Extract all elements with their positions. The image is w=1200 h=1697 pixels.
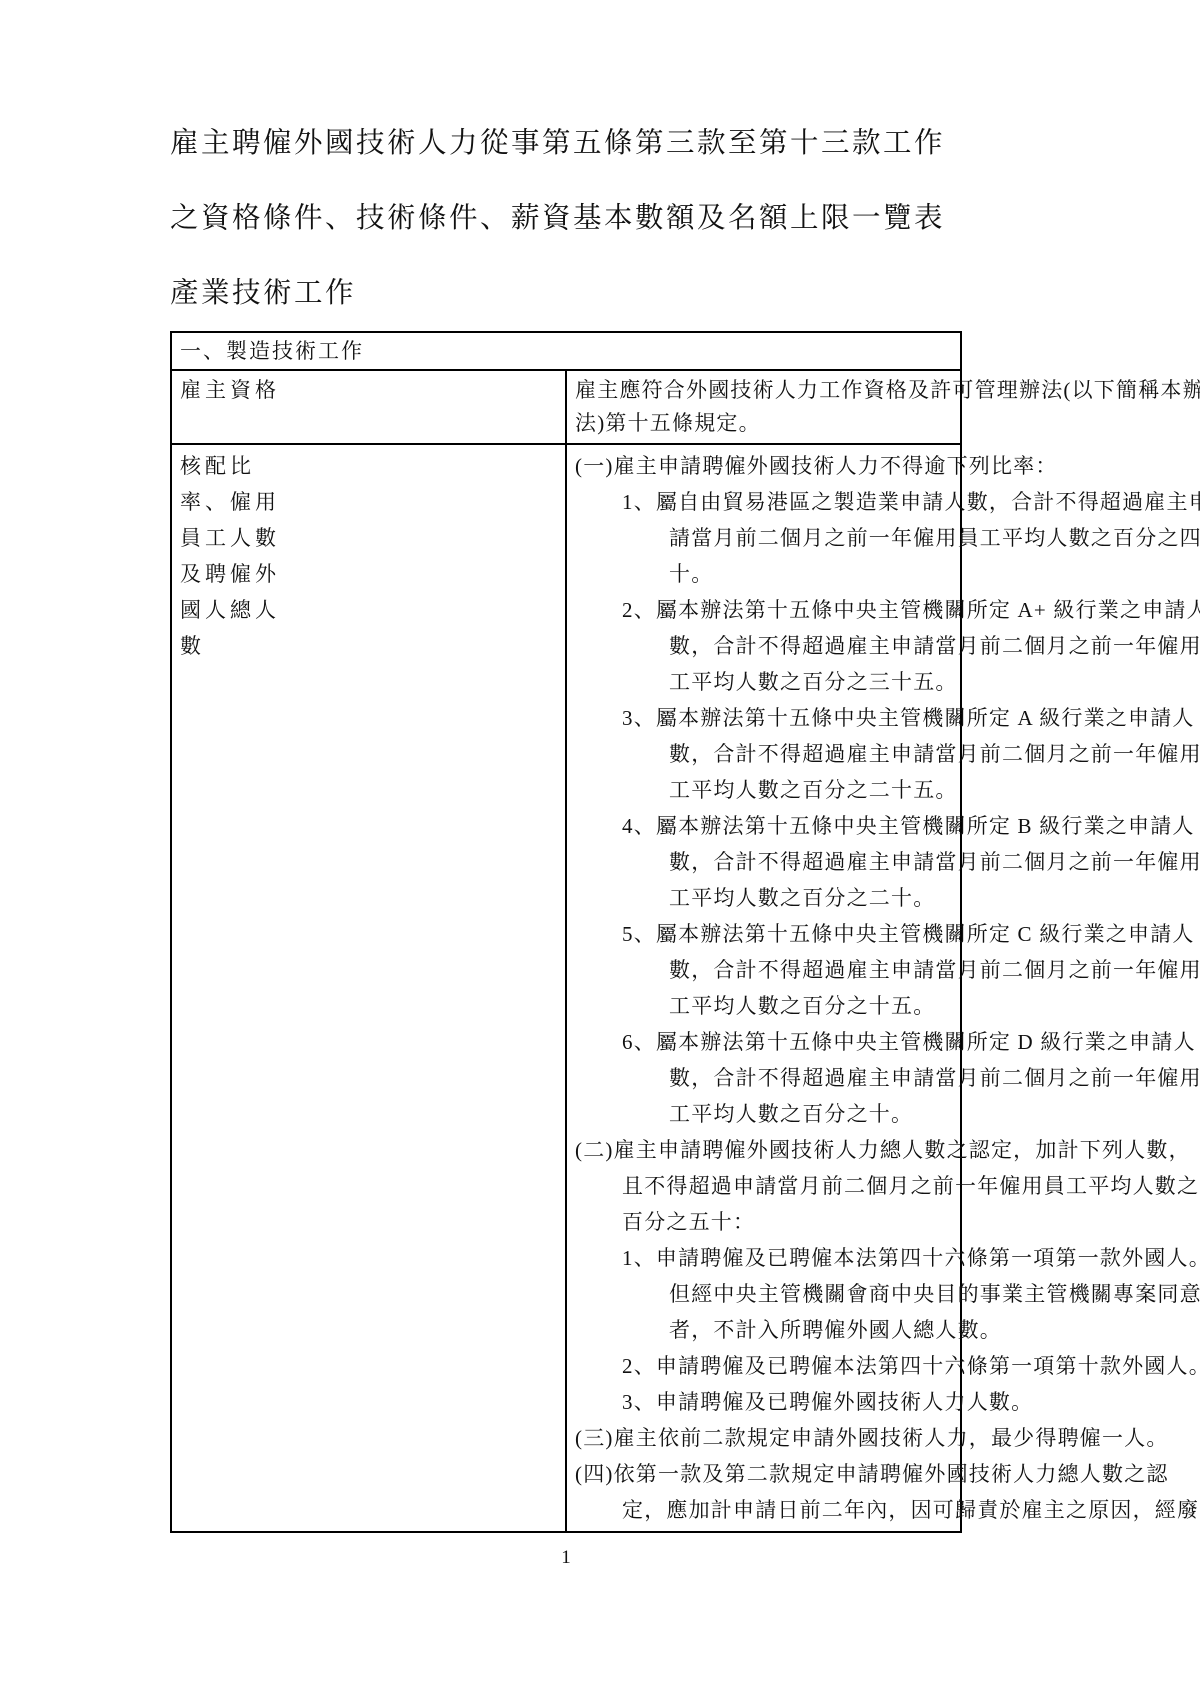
content-line: 工平均人數之百分之二十五。	[575, 772, 952, 808]
content-line: 數，合計不得超過雇主申請當月前二個月之前一年僱用員	[575, 1060, 952, 1096]
content-line: (四)依第一款及第二款規定申請聘僱外國技術人力總人數之認	[575, 1456, 952, 1492]
title-line-3: 產業技術工作	[170, 256, 1200, 331]
table-row: 雇主資格雇主應符合外國技術人力工作資格及許可管理辦法(以下簡稱本辦法)第十五條規…	[171, 370, 961, 444]
content-line: 工平均人數之百分之十。	[575, 1096, 952, 1132]
title-line-1: 雇主聘僱外國技術人力從事第五條第三款至第十三款工作	[170, 106, 1200, 181]
content-line: 數，合計不得超過雇主申請當月前二個月之前一年僱用員	[575, 844, 952, 880]
content-line: (一)雇主申請聘僱外國技術人力不得逾下列比率：	[575, 448, 952, 484]
content-line: 且不得超過申請當月前二個月之前一年僱用員工平均人數之	[575, 1168, 952, 1204]
content-line: 但經中央主管機關會商中央目的事業主管機關專案同意	[575, 1276, 952, 1312]
content-line: 數，合計不得超過雇主申請當月前二個月之前一年僱用員	[575, 628, 952, 664]
content-line: 3、申請聘僱及已聘僱外國技術人力人數。	[575, 1384, 952, 1420]
row-label-cell: 核配比率、僱用員工人數及聘僱外國人總人數	[171, 444, 566, 1532]
content-line: 請當月前二個月之前一年僱用員工平均人數之百分之四	[575, 520, 952, 556]
content-line: 工平均人數之百分之十五。	[575, 988, 952, 1024]
content-line: 5、屬本辦法第十五條中央主管機關所定 C 級行業之申請人	[575, 916, 952, 952]
table-row: 核配比率、僱用員工人數及聘僱外國人總人數(一)雇主申請聘僱外國技術人力不得逾下列…	[171, 444, 961, 1532]
label-line: 率、僱用	[180, 484, 557, 520]
content-line: 者，不計入所聘僱外國人總人數。	[575, 1312, 952, 1348]
content-line: 數，合計不得超過雇主申請當月前二個月之前一年僱用員	[575, 952, 952, 988]
label-line: 核配比	[180, 448, 557, 484]
page-number: 1	[170, 1547, 962, 1569]
section-header-row: 一、製造技術工作	[171, 332, 961, 370]
content-line: 數，合計不得超過雇主申請當月前二個月之前一年僱用員	[575, 736, 952, 772]
content-line: 2、申請聘僱及已聘僱本法第四十六條第一項第十款外國人。	[575, 1348, 952, 1384]
content-line: 法)第十五條規定。	[575, 407, 952, 440]
content-line: 工平均人數之百分之二十。	[575, 880, 952, 916]
content-line: (二)雇主申請聘僱外國技術人力總人數之認定，加計下列人數，	[575, 1132, 952, 1168]
regulation-table: 一、製造技術工作 雇主資格雇主應符合外國技術人力工作資格及許可管理辦法(以下簡稱…	[170, 331, 962, 1533]
content-line: 6、屬本辦法第十五條中央主管機關所定 D 級行業之申請人	[575, 1024, 952, 1060]
content-line: 1、申請聘僱及已聘僱本法第四十六條第一項第一款外國人。	[575, 1240, 952, 1276]
content-line: 2、屬本辦法第十五條中央主管機關所定 A+ 級行業之申請人	[575, 592, 952, 628]
row-label-cell: 雇主資格	[171, 370, 566, 444]
content-line: (三)雇主依前二款規定申請外國技術人力，最少得聘僱一人。	[575, 1420, 952, 1456]
label-line: 數	[180, 628, 557, 664]
content-line: 十。	[575, 556, 952, 592]
content-line: 1、屬自由貿易港區之製造業申請人數，合計不得超過雇主申	[575, 484, 952, 520]
label-line: 員工人數	[180, 520, 557, 556]
label-line: 雇主資格	[180, 374, 557, 407]
document-page: 雇主聘僱外國技術人力從事第五條第三款至第十三款工作 之資格條件、技術條件、薪資基…	[0, 0, 1200, 1697]
content-line: 百分之五十：	[575, 1204, 952, 1240]
content-line: 雇主應符合外國技術人力工作資格及許可管理辦法(以下簡稱本辦	[575, 374, 952, 407]
content-line: 工平均人數之百分之三十五。	[575, 664, 952, 700]
content-line: 定，應加計申請日前二年內，因可歸責於雇主之原因，經廢	[575, 1492, 952, 1528]
title-line-2: 之資格條件、技術條件、薪資基本數額及名額上限一覽表	[170, 181, 1200, 256]
content-line: 4、屬本辦法第十五條中央主管機關所定 B 級行業之申請人	[575, 808, 952, 844]
label-line: 國人總人	[180, 592, 557, 628]
document-title: 雇主聘僱外國技術人力從事第五條第三款至第十三款工作 之資格條件、技術條件、薪資基…	[170, 106, 1200, 331]
label-line: 及聘僱外	[180, 556, 557, 592]
content-line: 3、屬本辦法第十五條中央主管機關所定 A 級行業之申請人	[575, 700, 952, 736]
row-content-cell: (一)雇主申請聘僱外國技術人力不得逾下列比率：1、屬自由貿易港區之製造業申請人數…	[566, 444, 961, 1532]
row-content-cell: 雇主應符合外國技術人力工作資格及許可管理辦法(以下簡稱本辦法)第十五條規定。	[566, 370, 961, 444]
section-header-cell: 一、製造技術工作	[171, 332, 961, 370]
